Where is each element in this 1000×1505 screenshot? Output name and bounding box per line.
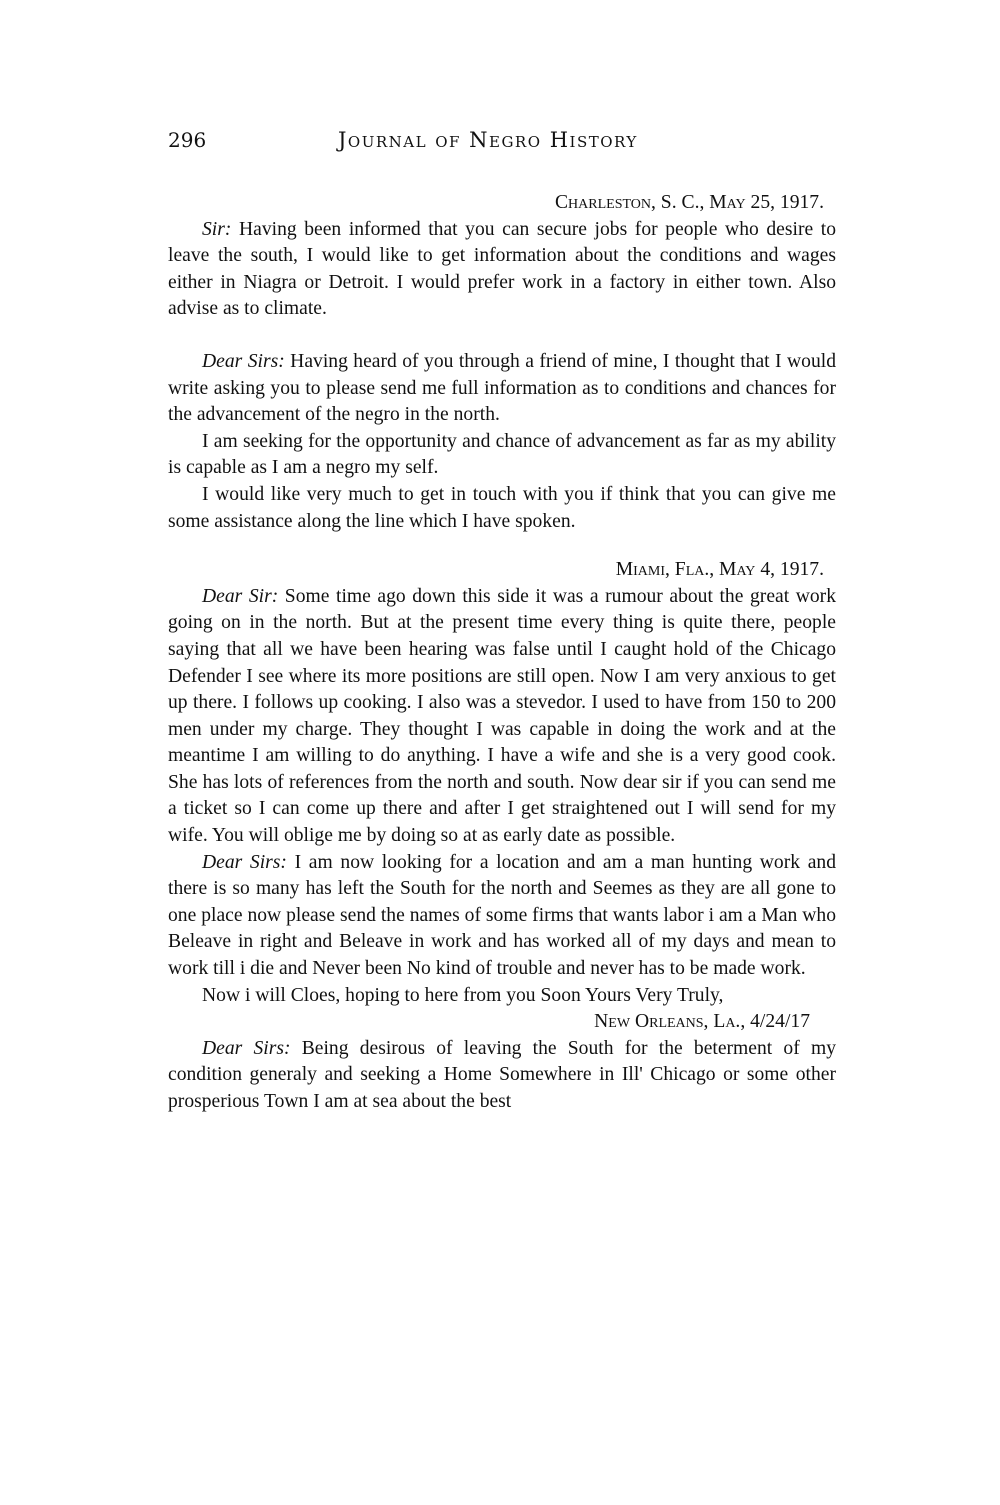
letter-place-date: Charleston, S. C., May 25, 1917.	[168, 190, 836, 217]
letter-body: I would like very much to get in touch w…	[168, 484, 836, 532]
letter-undated-2: Dear Sirs: I am now looking for a locati…	[168, 850, 836, 1010]
page-number: 296	[168, 128, 206, 152]
letter-paragraph: Dear Sirs: Having heard of you through a…	[168, 349, 836, 429]
letter-salutation: Sir:	[202, 219, 231, 240]
letter-salutation: Dear Sir:	[202, 586, 278, 607]
letter-body: Some time ago down this side it was a ru…	[168, 586, 836, 846]
running-header: 296 Journal of Negro History	[168, 128, 836, 158]
letter-place-date: New Orleans, La., 4/24/17	[168, 1009, 836, 1036]
letter-body: Now i will Cloes, hoping to here from yo…	[202, 985, 723, 1006]
letter-paragraph: Sir: Having been informed that you can s…	[168, 217, 836, 323]
letter-charleston: Charleston, S. C., May 25, 1917. Sir: Ha…	[168, 190, 836, 323]
letter-undated-1: Dear Sirs: Having heard of you through a…	[168, 349, 836, 535]
letter-body: I am seeking for the opportunity and cha…	[168, 431, 836, 479]
letter-paragraph: Dear Sir: Some time ago down this side i…	[168, 584, 836, 850]
letter-new-orleans: New Orleans, La., 4/24/17 Dear Sirs: Bei…	[168, 1009, 836, 1115]
letter-paragraph: I would like very much to get in touch w…	[168, 482, 836, 535]
document-page: 296 Journal of Negro History Charleston,…	[168, 128, 836, 1116]
letter-paragraph: Dear Sirs: I am now looking for a locati…	[168, 850, 836, 983]
letter-paragraph: Now i will Cloes, hoping to here from yo…	[168, 983, 836, 1010]
letter-salutation: Dear Sirs:	[202, 852, 287, 873]
letter-salutation: Dear Sirs:	[202, 1038, 291, 1059]
letter-place-date: Miami, Fla., May 4, 1917.	[168, 557, 836, 584]
journal-title: Journal of Negro History	[338, 128, 638, 152]
letter-salutation: Dear Sirs:	[202, 351, 285, 372]
letter-paragraph: Dear Sirs: Being desirous of leaving the…	[168, 1036, 836, 1116]
letter-paragraph: I am seeking for the opportunity and cha…	[168, 429, 836, 482]
letter-miami: Miami, Fla., May 4, 1917. Dear Sir: Some…	[168, 557, 836, 850]
letter-body: Having been informed that you can secure…	[168, 219, 836, 320]
